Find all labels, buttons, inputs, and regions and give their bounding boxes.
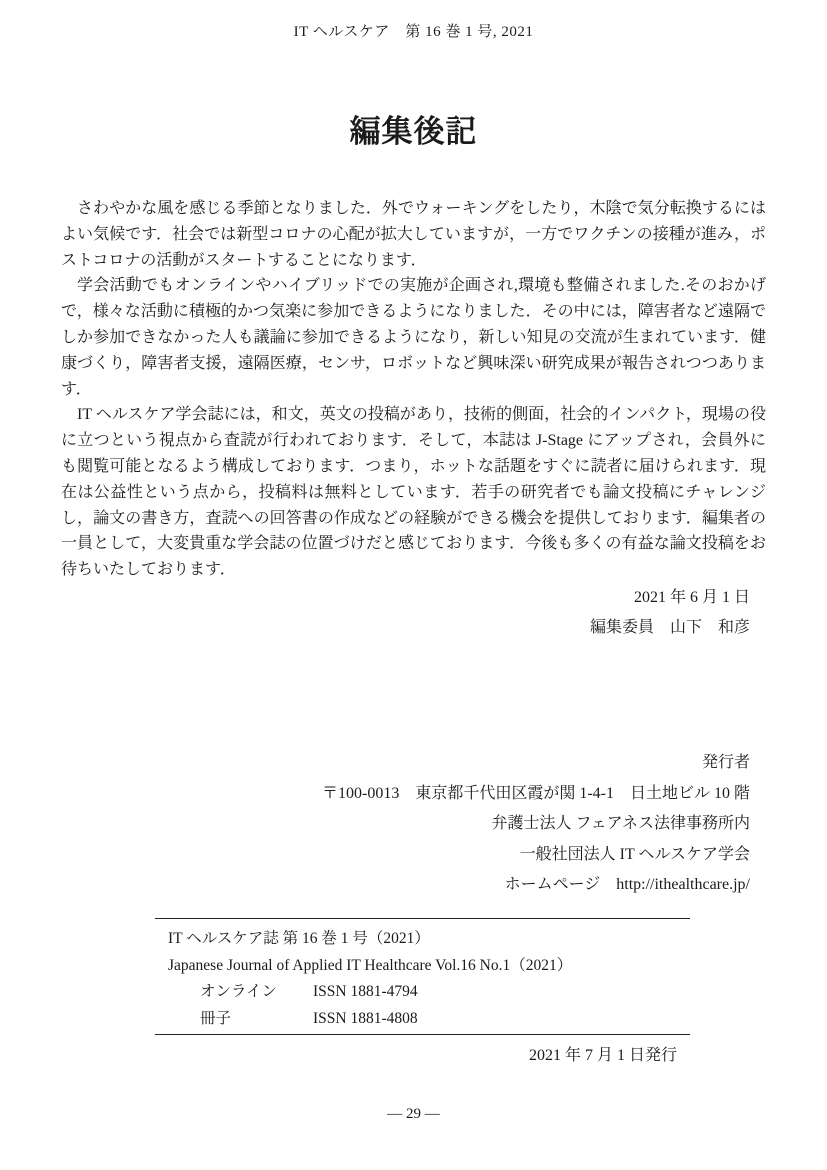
paragraph-1: さわやかな風を感じる季節となりました．外でウォーキングをしたり，木陰で気分転換す… — [61, 196, 766, 273]
issn-online-label: オンライン — [200, 979, 313, 1006]
document-page: IT ヘルスケア 第 16 巻 1 号, 2021 編集後記 さわやかな風を感じ… — [0, 0, 827, 1170]
publisher-address: 〒100-0013 東京都千代田区霞が関 1-4-1 日土地ビル 10 階 — [322, 779, 750, 810]
issn-row-print: 冊子 ISSN 1881-4808 — [200, 1006, 680, 1033]
signature-editor: 編集委員 山下 和彦 — [590, 613, 750, 643]
signature-date: 2021 年 6 月 1 日 — [590, 583, 750, 613]
journal-title-ja: IT ヘルスケア誌 第 16 巻 1 号（2021） — [168, 926, 680, 953]
page-title: 編集後記 — [0, 106, 827, 151]
publication-date: 2021 年 7 月 1 日発行 — [155, 1042, 690, 1065]
running-header: IT ヘルスケア 第 16 巻 1 号, 2021 — [0, 20, 827, 41]
publisher-office: 弁護士法人 フェアネス法律事務所内 — [322, 809, 750, 840]
page-number: — 29 — — [0, 1106, 827, 1123]
paragraph-2: 学会活動でもオンラインやハイブリッドでの実施が企画され,環境も整備されました.そ… — [61, 273, 766, 402]
paragraph-3: IT ヘルスケア学会誌には，和文，英文の投稿があり，技術的側面，社会的インパクト… — [61, 402, 766, 583]
signature-block: 2021 年 6 月 1 日 編集委員 山下 和彦 — [590, 583, 750, 643]
publisher-organization: 一般社団法人 IT ヘルスケア学会 — [322, 840, 750, 871]
body-text: さわやかな風を感じる季節となりました．外でウォーキングをしたり，木陰で気分転換す… — [61, 196, 766, 583]
issn-row-online: オンライン ISSN 1881-4794 — [200, 979, 680, 1006]
publisher-label: 発行者 — [322, 748, 750, 779]
colophon-box: IT ヘルスケア誌 第 16 巻 1 号（2021） Japanese Jour… — [155, 918, 690, 1035]
issn-print-label: 冊子 — [200, 1006, 313, 1033]
publisher-block: 発行者 〒100-0013 東京都千代田区霞が関 1-4-1 日土地ビル 10 … — [322, 748, 750, 901]
publisher-homepage: ホームページ http://ithealthcare.jp/ — [322, 870, 750, 901]
issn-print-value: ISSN 1881-4808 — [313, 1006, 418, 1033]
journal-title-en: Japanese Journal of Applied IT Healthcar… — [168, 953, 680, 980]
issn-online-value: ISSN 1881-4794 — [313, 979, 418, 1006]
